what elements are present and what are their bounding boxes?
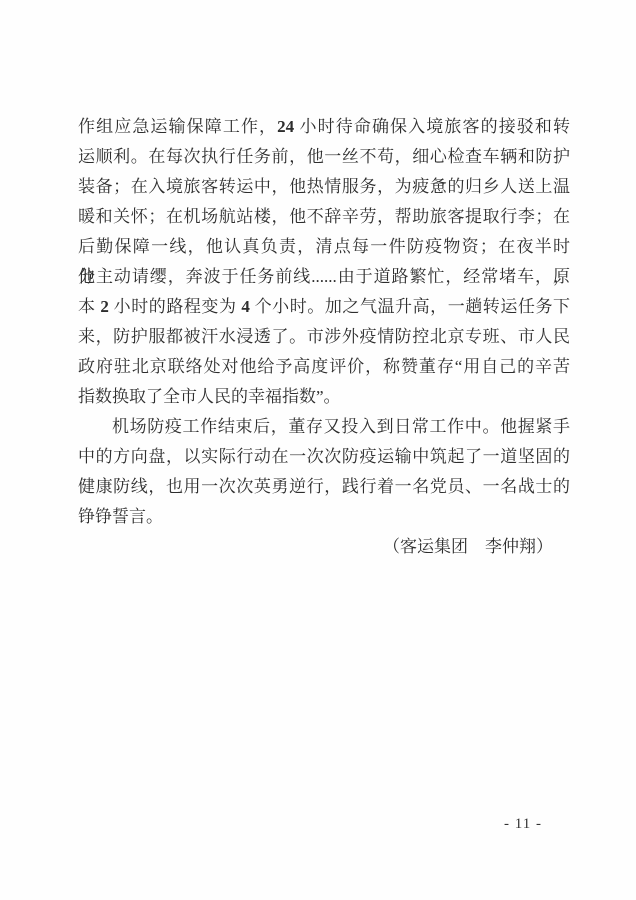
text-line: 作组应急运输保障工作，24 小时待命确保入境旅客的接驳和转 <box>78 112 570 142</box>
signature-line: （客运集团 李仲翔） <box>78 532 570 562</box>
text-line: 政府驻北京联络处对他给予高度评价，称赞董存“用自己的辛苦 <box>78 352 570 382</box>
text-line: 暖和关怀；在机场航站楼，他不辞辛劳，帮助旅客提取行李；在 <box>78 202 570 232</box>
text-line: 运顺利。在每次执行任务前，他一丝不苟，细心检查车辆和防护 <box>78 142 570 172</box>
document-page: 作组应急运输保障工作，24 小时待命确保入境旅客的接驳和转 运顺利。在每次执行任… <box>0 0 636 900</box>
text-line: 本 2 小时的路程变为 4 个小时。加之气温升高，一趟转运任务下 <box>78 292 570 322</box>
page-number: - 11 - <box>468 816 578 833</box>
text-line: 后勤保障一线，他认真负责，清点每一件防疫物资；在夜半时分， <box>78 232 570 262</box>
text-line: 健康防线，也用一次次英勇逆行，践行着一名党员、一名战士的 <box>78 472 570 502</box>
text-line: 指数换取了全市人民的幸福指数”。 <box>78 382 570 412</box>
text-line: 他主动请缨，奔波于任务前线......由于道路繁忙，经常堵车，原 <box>78 262 570 292</box>
text-line: 装备；在入境旅客转运中，他热情服务，为疲惫的归乡人送上温 <box>78 172 570 202</box>
text-line: 中的方向盘，以实际行动在一次次防疫运输中筑起了一道坚固的 <box>78 442 570 472</box>
text-line: 来，防护服都被汗水浸透了。市涉外疫情防控北京专班、市人民 <box>78 322 570 352</box>
text-line: 铮铮誓言。 <box>78 502 570 532</box>
text-line: 机场防疫工作结束后，董存又投入到日常工作中。他握紧手 <box>78 412 570 442</box>
body-text: 作组应急运输保障工作，24 小时待命确保入境旅客的接驳和转 运顺利。在每次执行任… <box>78 112 570 562</box>
